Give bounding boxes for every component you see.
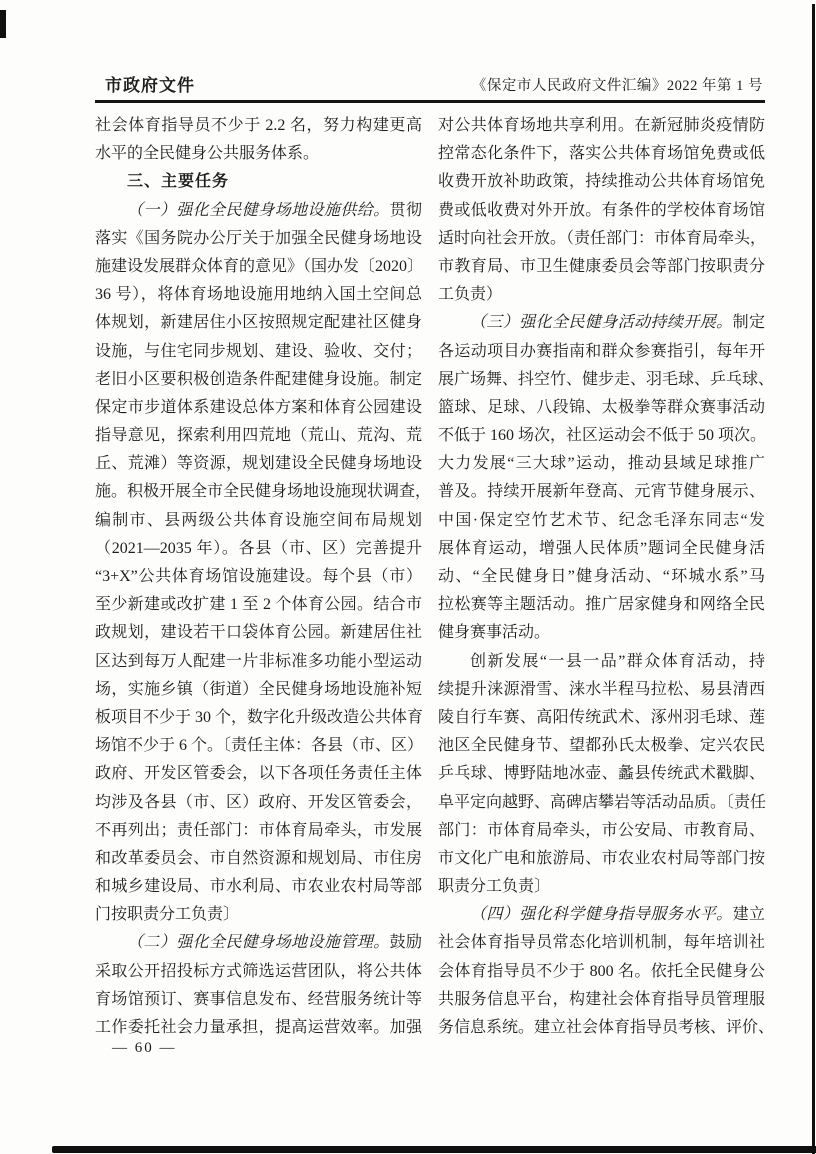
text-segment: 展体育运动，增强人民体质”题词全民健身活 — [438, 540, 765, 557]
text-line: 创新发展“一县一品”群众体育活动，持 — [438, 648, 765, 676]
scan-artifact-top-left — [0, 10, 6, 38]
text-segment: 共服务信息平台，构建社会体育指导员管理服 — [438, 991, 765, 1008]
text-line: 育场馆预订、赛事信息发布、经营服务统计等 — [95, 986, 422, 1014]
text-segment: 中国·保定空竹艺术节、纪念毛泽东同志“发 — [438, 512, 765, 529]
text-line: 施建设发展群众体育的意见》（国办发〔2020〕 — [95, 253, 422, 281]
text-segment: 务信息系统。建立社会体育指导员考核、评价、 — [438, 1019, 774, 1036]
text-line: （二）强化全民健身场地设施管理。鼓励 — [95, 929, 422, 957]
text-segment: 采取公开招投标方式筛选运营团队，将公共体 — [95, 963, 422, 980]
text-line: 续提升涞源滑雪、涞水半程马拉松、易县清西 — [438, 676, 765, 704]
text-segment: 动、“全民健身日”健身活动、“环城水系”马 — [438, 568, 765, 585]
text-line: 展广场舞、抖空竹、健步走、羽毛球、乒乓球、 — [438, 366, 765, 394]
text-segment: 36 号），将体育场地设施用地纳入国土空间总 — [95, 286, 422, 303]
text-line: （四）强化科学健身指导服务水平。建立 — [438, 901, 765, 929]
text-segment: 职责分工负责〕 — [438, 878, 550, 895]
text-segment-kai: （四）强化科学健身指导服务水平。 — [470, 906, 733, 923]
header-publication-title: 《保定市人民政府文件汇编》2022 年第 1 号 — [472, 74, 763, 95]
text-line: 指导意见，探索利用四荒地（荒山、荒沟、荒 — [95, 422, 422, 450]
text-segment: 续提升涞源滑雪、涞水半程马拉松、易县清西 — [438, 681, 765, 698]
page-number: — 60 — — [112, 1040, 177, 1057]
text-segment: 政规划，建设若干口袋体育公园。新建居住社 — [95, 624, 422, 641]
text-segment: 对公共体育场地共享利用。在新冠肺炎疫情防 — [438, 117, 765, 134]
text-segment: 水平的全民健身公共服务体系。 — [95, 145, 319, 162]
text-line: 社会体育指导员常态化培训机制，每年培训社 — [438, 929, 765, 957]
text-segment: 施建设发展群众体育的意见》（国办发〔2020〕 — [95, 258, 423, 275]
text-segment: 工负责） — [438, 286, 502, 303]
text-segment-kai: （二）强化全民健身场地设施管理。 — [127, 934, 390, 951]
text-segment: 老旧小区要积极创造条件配建健身设施。制定 — [95, 371, 422, 388]
text-line: 水平的全民健身公共服务体系。 — [95, 140, 422, 168]
text-segment: 丘、荒滩）等资源，规划建设全民健身场地设 — [95, 455, 422, 472]
text-segment: 场馆不少于 6 个。〔责任主体：各县（市、区） — [95, 737, 423, 754]
text-line: 不再列出；责任部门：市体育局牵头，市发展 — [95, 817, 422, 845]
text-segment: 贯彻 — [390, 202, 422, 219]
text-line: 板项目不少于 30 个，数字化升级改造公共体育 — [95, 704, 422, 732]
scan-artifact-bottom-edge — [52, 1146, 816, 1153]
text-line: 对公共体育场地共享利用。在新冠肺炎疫情防 — [438, 112, 765, 140]
text-line: 施。积极开展全市全民健身场地设施现状调查， — [95, 478, 422, 506]
text-segment: 大力发展“三大球”运动，推动县域足球推广 — [438, 455, 765, 472]
text-line: 政规划，建设若干口袋体育公园。新建居住社 — [95, 619, 422, 647]
text-line: 共服务信息平台，构建社会体育指导员管理服 — [438, 986, 765, 1014]
text-line: 部门：市体育局牵头，市公安局、市教育局、 — [438, 817, 765, 845]
scan-artifact-right-edge — [812, 4, 815, 1154]
text-segment: 落实《国务院办公厅关于加强全民健身场地设 — [95, 230, 422, 247]
text-line: 市教育局、市卫生健康委员会等部门按职责分 — [438, 253, 765, 281]
text-line: 体规划，新建居住小区按照规定配建社区健身 — [95, 309, 422, 337]
text-line: 陵自行车赛、高阳传统武术、涿州羽毛球、莲 — [438, 704, 765, 732]
text-segment: 拉松赛等主题活动。推广居家健身和网络全民 — [438, 596, 765, 613]
text-line: 普及。持续开展新年登高、元宵节健身展示、 — [438, 478, 765, 506]
text-line: 和城乡建设局、市水利局、市农业农村局等部 — [95, 873, 422, 901]
text-line: 市文化广电和旅游局、市农业农村局等部门按 — [438, 845, 765, 873]
text-segment: 和城乡建设局、市水利局、市农业农村局等部 — [95, 878, 422, 895]
text-segment: 政府、开发区管委会，以下各项任务责任主体 — [95, 765, 422, 782]
text-line: 至少新建或改扩建 1 至 2 个体育公园。结合市 — [95, 591, 422, 619]
text-line: “3+X”公共体育场馆设施建设。每个县（市） — [95, 563, 422, 591]
text-line: 社会体育指导员不少于 2.2 名，努力构建更高 — [95, 112, 422, 140]
document-body: 社会体育指导员不少于 2.2 名，努力构建更高水平的全民健身公共服务体系。三、主… — [95, 112, 765, 1042]
text-segment: 保定市步道体系建设总体方案和体育公园建设 — [95, 399, 422, 416]
text-segment-bold: 三、主要任务 — [127, 173, 229, 190]
text-segment: 各运动项目办赛指南和群众参赛指引，每年开 — [438, 343, 765, 360]
text-line: 不低于 160 场次，社区运动会不低于 50 项次。 — [438, 422, 765, 450]
text-segment: 社会体育指导员不少于 2.2 名，努力构建更高 — [95, 117, 422, 134]
text-line: 务信息系统。建立社会体育指导员考核、评价、 — [438, 1014, 765, 1042]
text-line: 拉松赛等主题活动。推广居家健身和网络全民 — [438, 591, 765, 619]
text-line: 老旧小区要积极创造条件配建健身设施。制定 — [95, 366, 422, 394]
text-segment: 区达到每万人配建一片非标准多功能小型运动 — [95, 653, 422, 670]
text-segment: 门按职责分工负责〕 — [95, 906, 239, 923]
text-line: 动、“全民健身日”健身活动、“环城水系”马 — [438, 563, 765, 591]
text-segment: 不再列出；责任部门：市体育局牵头，市发展 — [95, 822, 422, 839]
text-segment: 控常态化条件下，落实公共体育场馆免费或低 — [438, 145, 765, 162]
text-line: 收费开放补助政策，持续推动公共体育场馆免 — [438, 168, 765, 196]
text-line: 三、主要任务 — [95, 168, 422, 196]
text-segment: 工作委托社会力量承担，提高运营效率。加强 — [95, 1019, 422, 1036]
text-line: 池区全民健身节、望都孙氏太极拳、定兴农民 — [438, 732, 765, 760]
text-segment: 不低于 160 场次，社区运动会不低于 50 项次。 — [438, 427, 766, 444]
text-line: 丘、荒滩）等资源，规划建设全民健身场地设 — [95, 450, 422, 478]
text-segment: 建立 — [733, 906, 765, 923]
text-line: 门按职责分工负责〕 — [95, 901, 422, 929]
text-segment: 体规划，新建居住小区按照规定配建社区健身 — [95, 314, 422, 331]
text-segment: 板项目不少于 30 个，数字化升级改造公共体育 — [95, 709, 423, 726]
text-line: 场馆不少于 6 个。〔责任主体：各县（市、区） — [95, 732, 422, 760]
text-segment: 健身赛事活动。 — [438, 624, 550, 641]
text-line: 工负责） — [438, 281, 765, 309]
text-line: 落实《国务院办公厅关于加强全民健身场地设 — [95, 225, 422, 253]
text-line: 阜平定向越野、高碑店攀岩等活动品质。〔责任 — [438, 789, 765, 817]
text-segment: 制定 — [733, 314, 765, 331]
text-line: 均涉及各县（市、区）政府、开发区管委会， — [95, 789, 422, 817]
header-rule — [95, 100, 765, 103]
text-segment-kai: （三）强化全民健身活动持续开展。 — [470, 314, 733, 331]
text-segment: 市教育局、市卫生健康委员会等部门按职责分 — [438, 258, 765, 275]
text-segment: 育场馆预订、赛事信息发布、经营服务统计等 — [95, 991, 422, 1008]
text-segment: 指导意见，探索利用四荒地（荒山、荒沟、荒 — [95, 427, 422, 444]
text-segment: 展广场舞、抖空竹、健步走、羽毛球、乒乓球、 — [438, 371, 774, 388]
text-segment: 普及。持续开展新年登高、元宵节健身展示、 — [438, 483, 765, 500]
text-line: （三）强化全民健身活动持续开展。制定 — [438, 309, 765, 337]
text-line: 控常态化条件下，落实公共体育场馆免费或低 — [438, 140, 765, 168]
text-line: 政府、开发区管委会，以下各项任务责任主体 — [95, 760, 422, 788]
text-segment: 部门：市体育局牵头，市公安局、市教育局、 — [438, 822, 765, 839]
text-line: 保定市步道体系建设总体方案和体育公园建设 — [95, 394, 422, 422]
text-line: 36 号），将体育场地设施用地纳入国土空间总 — [95, 281, 422, 309]
text-line: 适时向社会开放。（责任部门：市体育局牵头， — [438, 225, 765, 253]
text-line: 场，实施乡镇（街道）全民健身场地设施补短 — [95, 676, 422, 704]
text-segment: 池区全民健身节、望都孙氏太极拳、定兴农民 — [438, 737, 765, 754]
text-segment: 收费开放补助政策，持续推动公共体育场馆免 — [438, 173, 765, 190]
right-column: 对公共体育场地共享利用。在新冠肺炎疫情防控常态化条件下，落实公共体育场馆免费或低… — [438, 112, 765, 1042]
text-segment: 至少新建或改扩建 1 至 2 个体育公园。结合市 — [95, 596, 422, 613]
text-segment: 会体育指导员不少于 800 名。依托全民健身公 — [438, 963, 765, 980]
text-line: （一）强化全民健身场地设施供给。贯彻 — [95, 197, 422, 225]
text-segment: 适时向社会开放。（责任部门：市体育局牵头， — [438, 230, 766, 247]
text-line: 健身赛事活动。 — [438, 619, 765, 647]
text-segment: 市文化广电和旅游局、市农业农村局等部门按 — [438, 850, 765, 867]
text-segment: 费或低收费对外开放。有条件的学校体育场馆 — [438, 202, 765, 219]
text-segment: 施。积极开展全市全民健身场地设施现状调查， — [95, 483, 431, 500]
text-segment: 乒乓球、博野陆地冰壶、蠡县传统武术戳脚、 — [438, 765, 765, 782]
text-line: 大力发展“三大球”运动，推动县域足球推广 — [438, 450, 765, 478]
text-segment: 场，实施乡镇（街道）全民健身场地设施补短 — [95, 681, 422, 698]
text-segment: 阜平定向越野、高碑店攀岩等活动品质。〔责任 — [438, 794, 766, 811]
text-segment: 均涉及各县（市、区）政府、开发区管委会， — [95, 794, 422, 811]
text-line: 职责分工负责〕 — [438, 873, 765, 901]
text-line: 区达到每万人配建一片非标准多功能小型运动 — [95, 648, 422, 676]
text-segment: 篮球、足球、八段锦、太极拳等群众赛事活动 — [438, 399, 765, 416]
text-line: 会体育指导员不少于 800 名。依托全民健身公 — [438, 958, 765, 986]
text-segment: 编制市、县两级公共体育设施空间布局规划 — [95, 512, 422, 529]
text-line: 采取公开招投标方式筛选运营团队，将公共体 — [95, 958, 422, 986]
page-header: 市政府文件 《保定市人民政府文件汇编》2022 年第 1 号 — [95, 74, 765, 98]
text-segment: （2021—2035 年）。各县（市、区）完善提升 — [95, 540, 422, 557]
text-line: 设施，与住宅同步规划、建设、验收、交付； — [95, 338, 422, 366]
text-line: 篮球、足球、八段锦、太极拳等群众赛事活动 — [438, 394, 765, 422]
text-segment: 陵自行车赛、高阳传统武术、涿州羽毛球、莲 — [438, 709, 765, 726]
text-segment: 鼓励 — [390, 934, 422, 951]
text-segment: 和改革委员会、市自然资源和规划局、市住房 — [95, 850, 422, 867]
text-line: 乒乓球、博野陆地冰壶、蠡县传统武术戳脚、 — [438, 760, 765, 788]
text-segment: 设施，与住宅同步规划、建设、验收、交付； — [95, 343, 422, 360]
text-segment: 创新发展“一县一品”群众体育活动，持 — [470, 653, 765, 670]
text-line: 工作委托社会力量承担，提高运营效率。加强 — [95, 1014, 422, 1042]
text-line: 和改革委员会、市自然资源和规划局、市住房 — [95, 845, 422, 873]
text-line: 展体育运动，增强人民体质”题词全民健身活 — [438, 535, 765, 563]
text-segment: “3+X”公共体育场馆设施建设。每个县（市） — [95, 568, 422, 585]
text-line: 中国·保定空竹艺术节、纪念毛泽东同志“发 — [438, 507, 765, 535]
header-section-label: 市政府文件 — [105, 71, 195, 96]
text-line: （2021—2035 年）。各县（市、区）完善提升 — [95, 535, 422, 563]
text-segment: 社会体育指导员常态化培训机制，每年培训社 — [438, 934, 765, 951]
text-line: 费或低收费对外开放。有条件的学校体育场馆 — [438, 197, 765, 225]
text-line: 编制市、县两级公共体育设施空间布局规划 — [95, 507, 422, 535]
text-segment-kai: （一）强化全民健身场地设施供给。 — [127, 202, 390, 219]
text-line: 各运动项目办赛指南和群众参赛指引，每年开 — [438, 338, 765, 366]
left-column: 社会体育指导员不少于 2.2 名，努力构建更高水平的全民健身公共服务体系。三、主… — [95, 112, 422, 1042]
